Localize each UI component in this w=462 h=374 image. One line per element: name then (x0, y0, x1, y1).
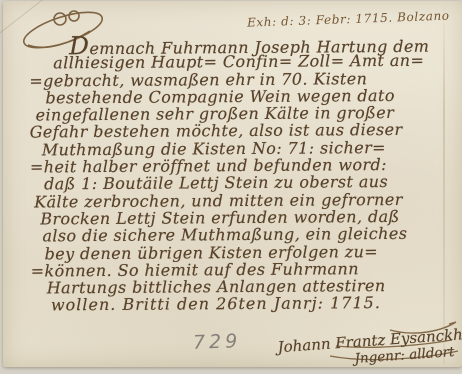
body-text: Demnach Fuhrmann Joseph Hartung dem allh… (29, 35, 457, 315)
manuscript-scan: Exh: d: 3: Febr: 1715. Bolzano Demnach F… (0, 0, 462, 374)
text-line: wollen. Britti den 26ten Janrj: 1715. (31, 294, 457, 314)
archive-number-pencil: 729 (193, 330, 242, 354)
